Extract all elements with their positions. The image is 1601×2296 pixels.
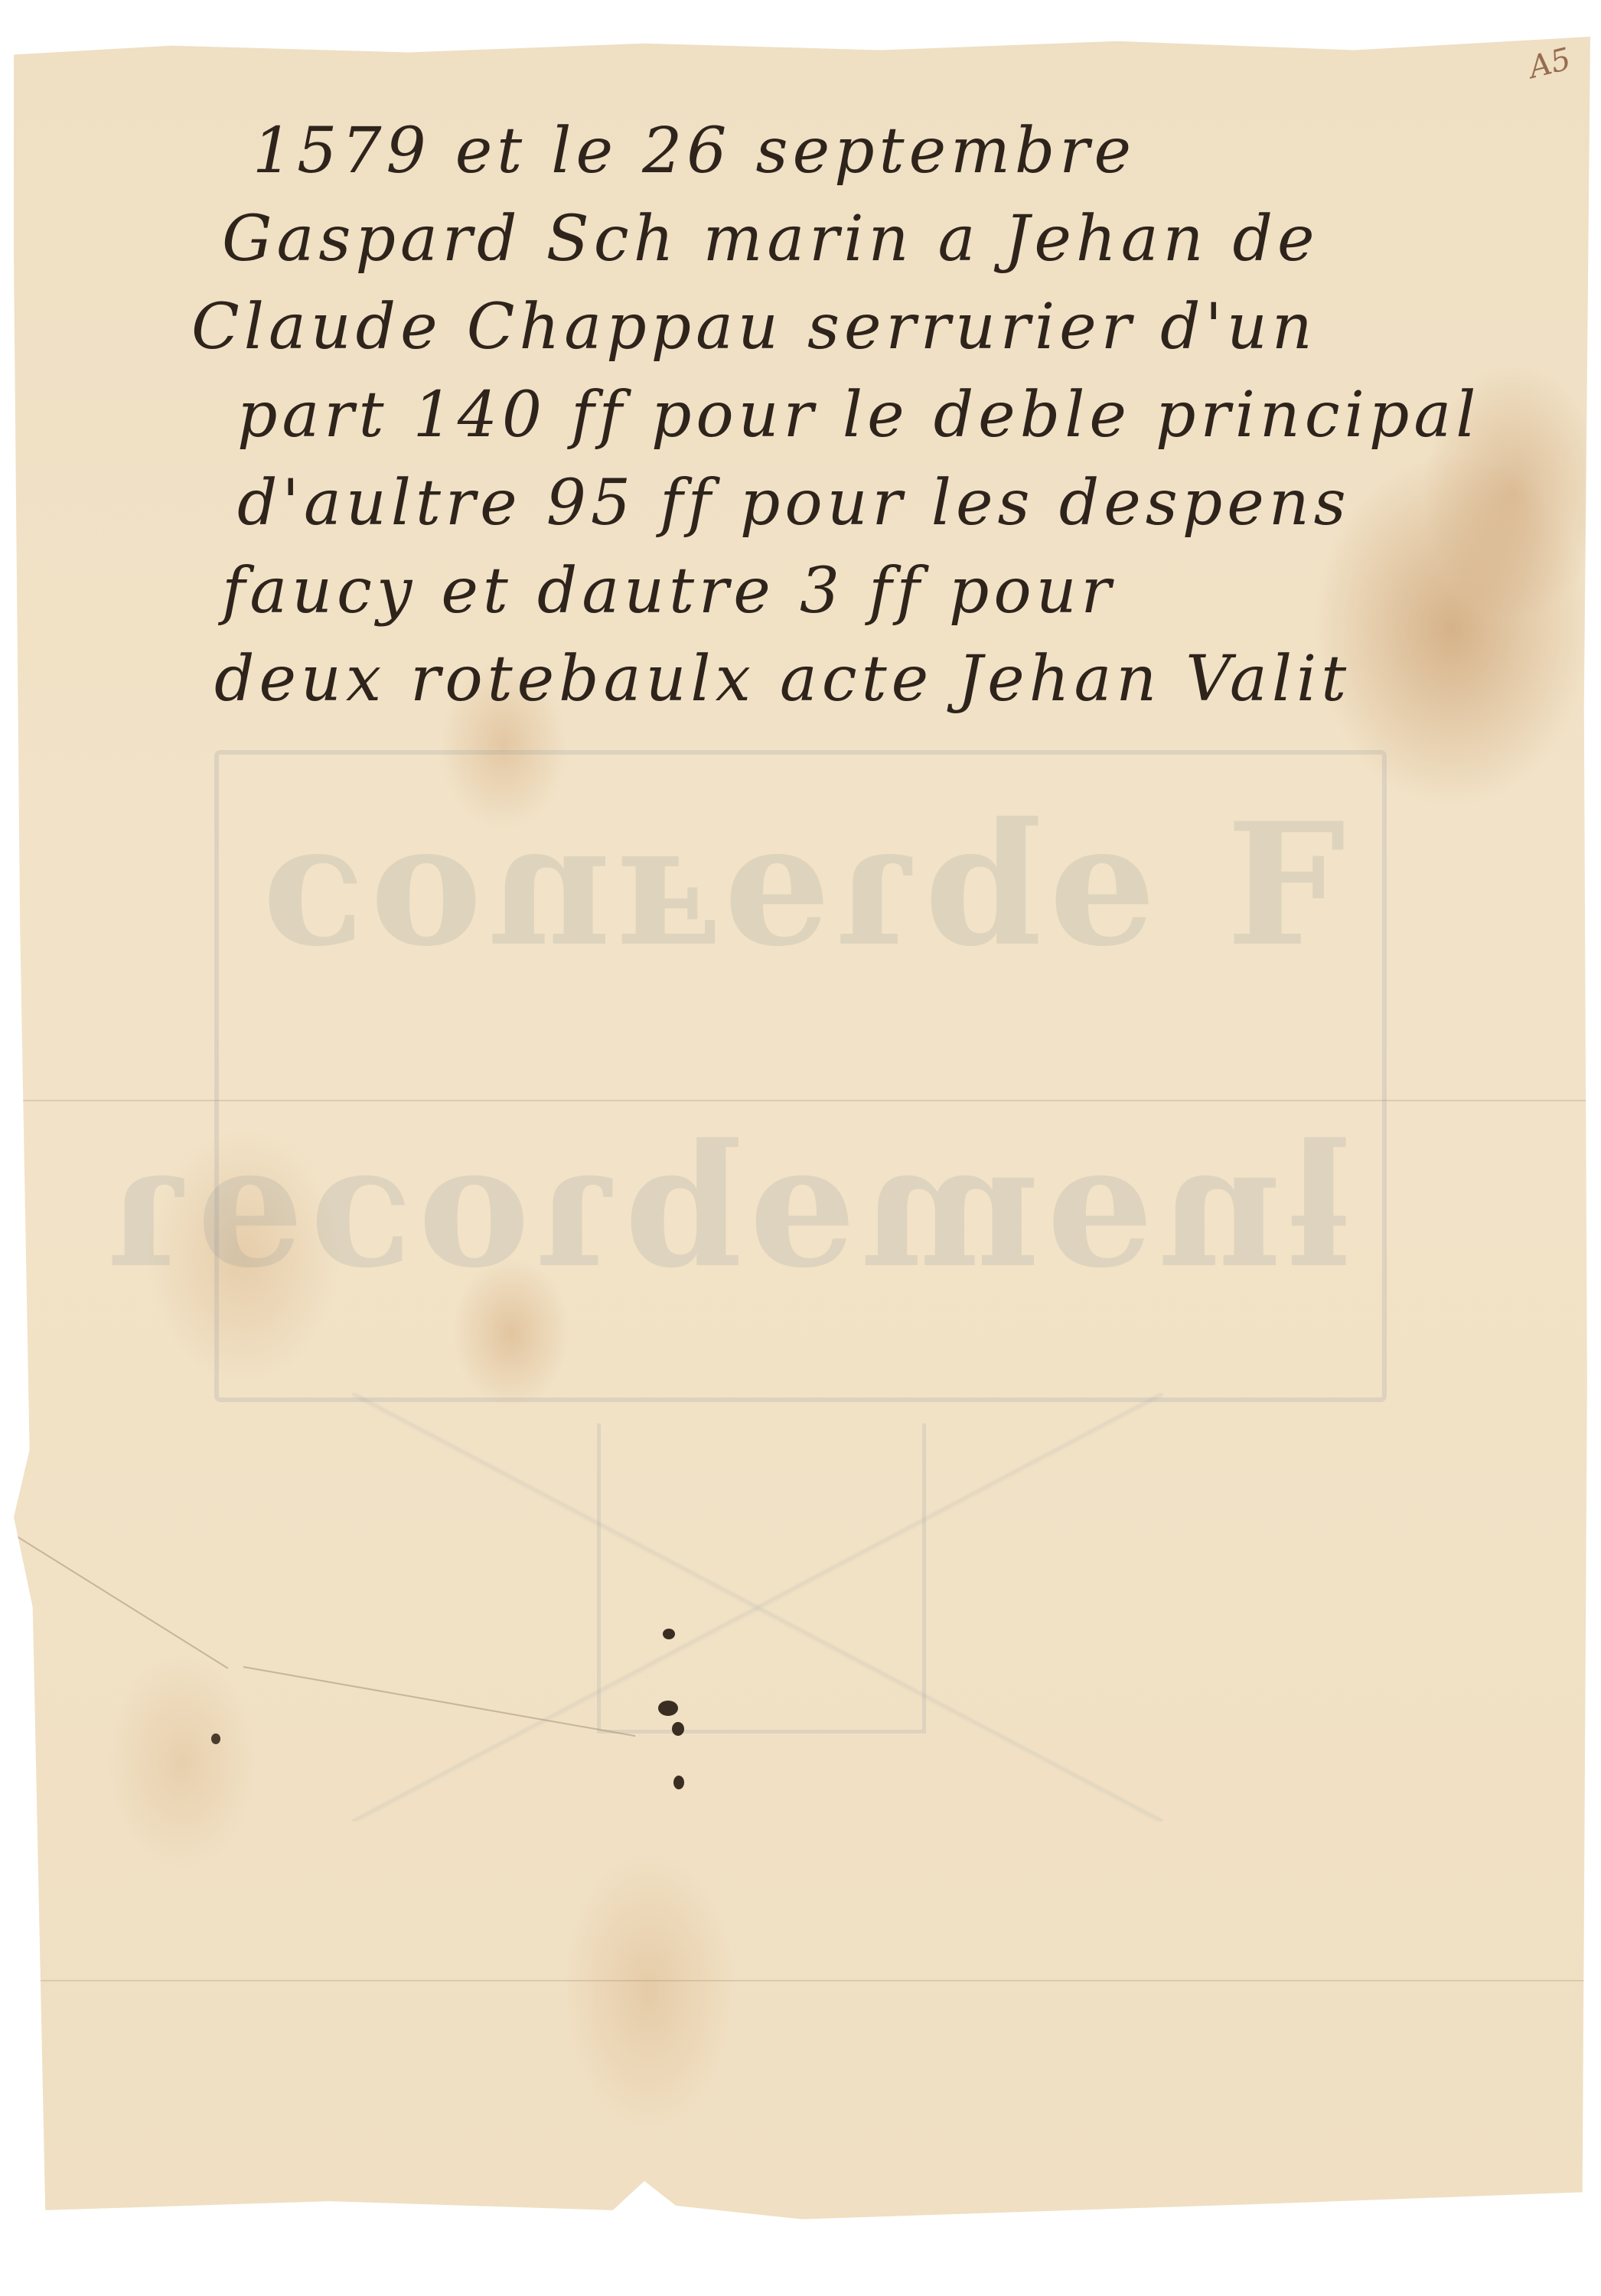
ink-spot — [658, 1701, 678, 1716]
manuscript-line: part 140 ff pour le deble principal — [237, 371, 1554, 459]
stamp-row-1: ꟻ ɘbɿɘⅎnoɔ — [249, 785, 1352, 983]
manuscript-line: d'aultre 95 ff pour les despens — [237, 459, 1554, 547]
manuscript-text: 1579 et le 26 septembre Gaspard Sch mari… — [253, 107, 1554, 723]
crease-left — [13, 1534, 228, 1669]
stamp-row-2: ƚnɘmɘbɿoɔɘɿ — [249, 1107, 1352, 1305]
manuscript-line: faucy et dautre 3 ff pour — [222, 547, 1554, 635]
manuscript-line: Gaspard Sch marin a Jehan de — [222, 195, 1554, 283]
fold-line-lower — [14, 1980, 1590, 1981]
manuscript-line: 1579 et le 26 septembre — [253, 107, 1554, 195]
manuscript-line: deux rotebaulx acte Jehan Valit — [214, 635, 1554, 723]
ink-spot — [672, 1722, 684, 1736]
ink-spot — [663, 1629, 675, 1639]
manuscript-line: Claude Chappau serrurier d'un — [191, 283, 1554, 371]
ink-spot — [211, 1733, 220, 1744]
ink-spot — [673, 1776, 684, 1789]
bleed-through-stamp-frame: ꟻ ɘbɿɘⅎnoɔ ƚnɘmɘbɿoɔɘɿ — [214, 750, 1387, 1402]
stamp-shield-emblem — [597, 1424, 926, 1733]
